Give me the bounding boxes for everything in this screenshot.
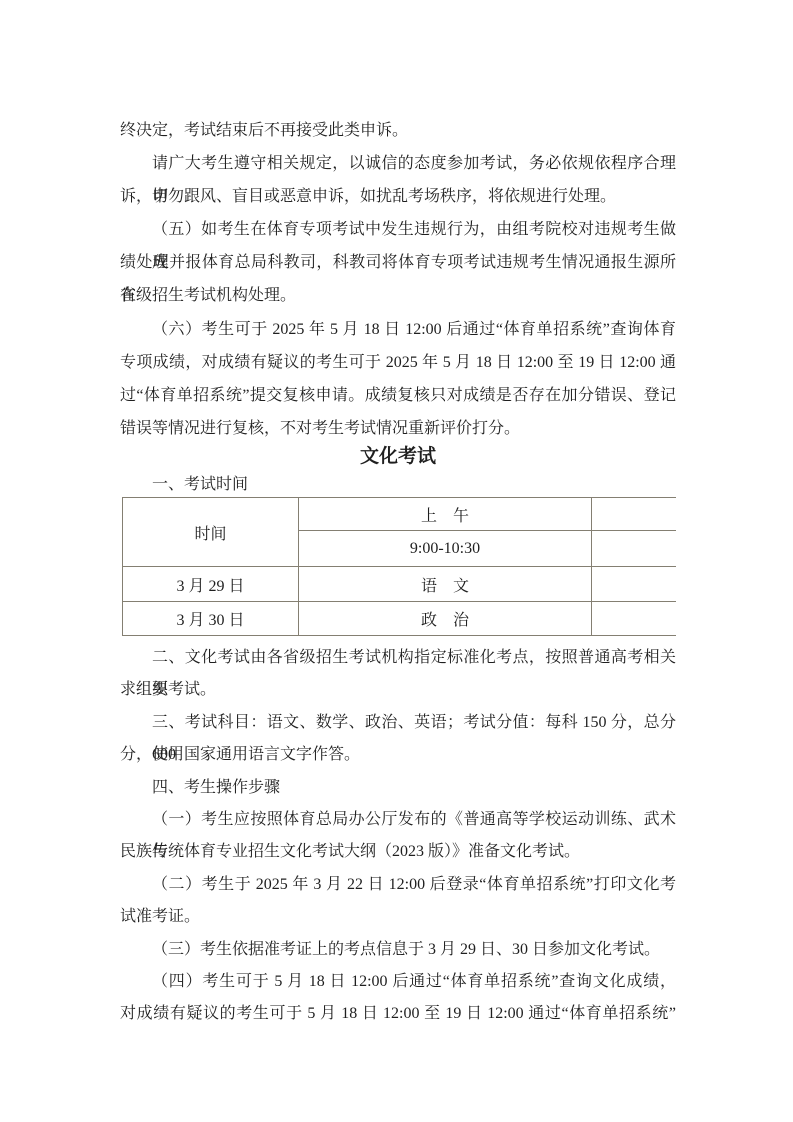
table-row: 3 月 30 日 政 治 [123, 602, 676, 636]
text-line: 诉，切勿跟风、盲目或恶意申诉，如扰乱考场秩序，将依规进行处理。 [120, 180, 676, 213]
table-session-time-cell: 9:00-10:30 [299, 531, 592, 567]
table-empty-cell [592, 498, 676, 531]
table-time-header-cell: 时间 [123, 498, 299, 567]
text-line: 专项成绩，对成绩有疑议的考生可于 2025 年 5 月 18 日 12:00 至… [120, 346, 676, 379]
document-page: 终决定，考试结束后不再接受此类申诉。 请广大考生遵守相关规定，以诚信的态度参加考… [0, 0, 793, 1122]
text-line: 终决定，考试结束后不再接受此类申诉。 [120, 114, 676, 147]
text-line: 过“体育单招系统”提交复核申请。成绩复核只对成绩是否存在加分错误、登记 [120, 379, 676, 412]
table-empty-cell [592, 567, 676, 602]
text-line: 绩处理并报体育总局科教司，科教司将体育专项考试违规考生情况通报生源所在 [120, 246, 676, 279]
text-line: （二）考生于 2025 年 3 月 22 日 12:00 后登录“体育单招系统”… [120, 869, 676, 901]
table-morning-header-cell: 上 午 [299, 498, 592, 531]
text-line: 民族传统体育专业招生文化考试大纲（2023 版）》准备文化考试。 [120, 836, 676, 868]
table-empty-cell [592, 602, 676, 636]
text-line: 对成绩有疑议的考生可于 5 月 18 日 12:00 至 19 日 12:00 … [120, 998, 676, 1030]
text-line: 三、考试科目：语文、数学、政治、英语；考试分值：每科 150 分，总分 600 [120, 707, 676, 739]
table-empty-cell [592, 531, 676, 567]
text-line: 请广大考生遵守相关规定，以诚信的态度参加考试，务必依规依程序合理申 [120, 147, 676, 180]
body-text-lower: 二、文化考试由各省级招生考试机构指定标准化考点，按照普通高考相关要 求组织考试。… [120, 642, 676, 1031]
text-line: 二、文化考试由各省级招生考试机构指定标准化考点，按照普通高考相关要 [120, 642, 676, 674]
text-line: （三）考生依据准考证上的考点信息于 3 月 29 日、30 日参加文化考试。 [120, 934, 676, 966]
text-line: （五）如考生在体育专项考试中发生违规行为，由组考院校对违规考生做成 [120, 213, 676, 246]
text-line: （四）考生可于 5 月 18 日 12:00 后通过“体育单招系统”查询文化成绩… [120, 966, 676, 998]
text-line: 分，使用国家通用语言文字作答。 [120, 739, 676, 771]
text-line: 错误等情况进行复核，不对考生考试情况重新评价打分。 [120, 412, 676, 445]
text-line: （一）考生应按照体育总局办公厅发布的《普通高等学校运动训练、武术与 [120, 804, 676, 836]
section-heading-culture-exam: 文化考试 [120, 444, 676, 470]
table-date-cell: 3 月 30 日 [123, 602, 299, 636]
text-line: （六）考生可于 2025 年 5 月 18 日 12:00 后通过“体育单招系统… [120, 313, 676, 346]
table-date-cell: 3 月 29 日 [123, 567, 299, 602]
table-row: 时间 上 午 [123, 498, 676, 531]
exam-time-table: 时间 上 午 9:00-10:30 3 月 29 日 语 文 3 月 30 日 … [122, 497, 676, 636]
text-line: 试准考证。 [120, 901, 676, 933]
section-label-exam-time: 一、考试时间 [120, 476, 676, 494]
text-line: 省级招生考试机构处理。 [120, 279, 676, 312]
table-subject-cell: 语 文 [299, 567, 592, 602]
table-subject-cell: 政 治 [299, 602, 592, 636]
body-text-upper: 终决定，考试结束后不再接受此类申诉。 请广大考生遵守相关规定，以诚信的态度参加考… [120, 114, 676, 445]
table-row: 3 月 29 日 语 文 [123, 567, 676, 602]
text-line: 求组织考试。 [120, 674, 676, 706]
text-line: 四、考生操作步骤 [120, 772, 676, 804]
